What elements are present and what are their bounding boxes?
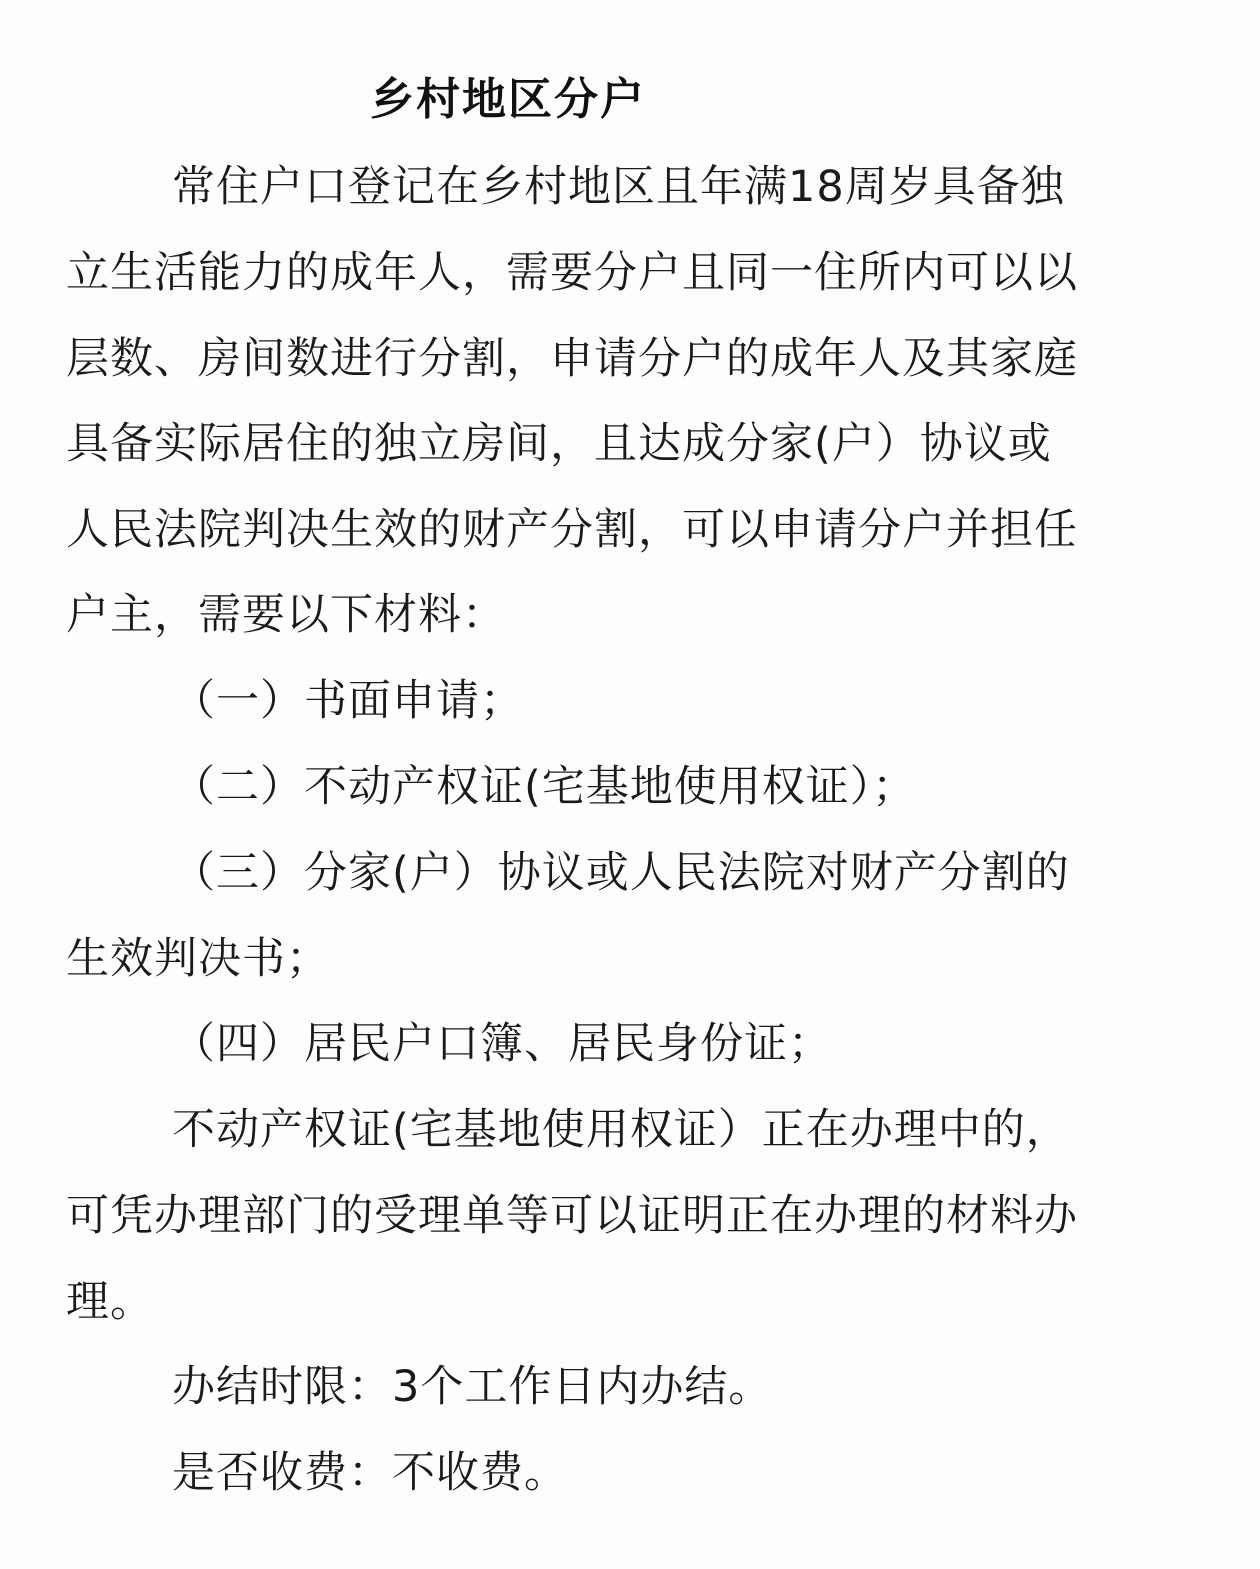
material-item-3: （三）分家(户）协议或人民法院对财产分割的 [172,843,1070,903]
paragraph-line: 理。 [66,1272,154,1332]
material-item-1: （一）书面申请； [172,671,524,731]
fee-value: 不收费。 [392,1448,568,1498]
processing-time-label: 办结时限： [172,1362,392,1412]
material-item-3-cont: 生效判决书； [66,929,330,989]
material-item-2: （二）不动产权证(宅基地使用权证）； [172,757,916,817]
processing-time-value: 3个工作日内办结。 [392,1362,772,1412]
paragraph-line: 常住户口登记在乡村地区且年满18周岁具备独 [172,157,1065,217]
paragraph-line: 户主，需要以下材料： [66,585,506,645]
paragraph-line: 具备实际居住的独立房间，且达成分家(户）协议或 [66,414,1052,474]
paragraph-line: 人民法院判决生效的财产分割，可以申请分户并担任 [66,500,1078,560]
paragraph-line: 可凭办理部门的受理单等可以证明正在办理的材料办 [66,1186,1078,1246]
paragraph-line: 不动产权证(宅基地使用权证）正在办理中的， [172,1100,1070,1160]
processing-time: 办结时限：3个工作日内办结。 [172,1357,772,1417]
paragraph-line: 层数、房间数进行分割，申请分户的成年人及其家庭 [66,329,1078,389]
material-item-4: （四）居民户口簿、居民身份证； [172,1014,832,1074]
document-title: 乡村地区分户 [370,70,646,130]
fee-label: 是否收费： [172,1448,392,1498]
fee-info: 是否收费：不收费。 [172,1443,568,1503]
paragraph-line: 立生活能力的成年人，需要分户且同一住所内可以以 [66,243,1078,303]
